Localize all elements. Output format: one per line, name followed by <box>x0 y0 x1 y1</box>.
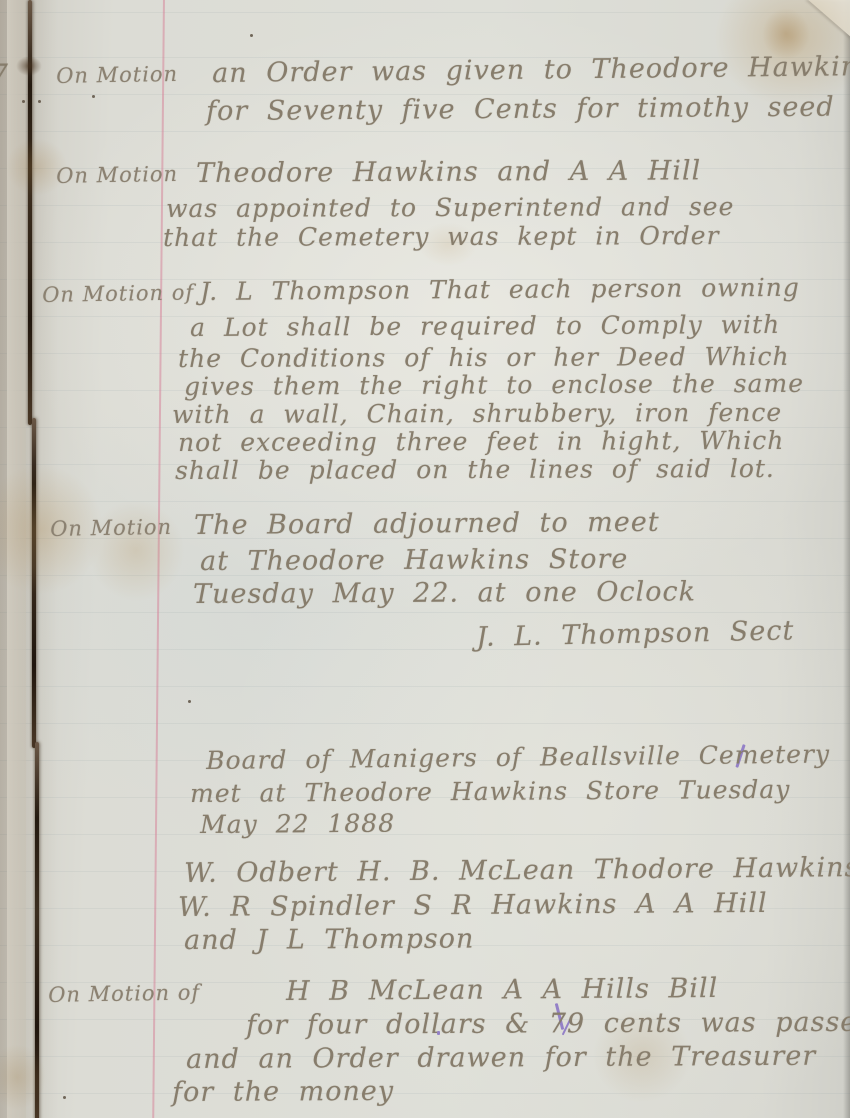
meeting-heading-line: met at Theodore Hawkins Store Tuesday <box>190 775 790 808</box>
handwritten-line: J. L Thompson That each person owning <box>200 273 800 306</box>
handwritten-line: at Theodore Hawkins Store <box>200 544 628 577</box>
handwritten-line: that the Cemetery was kept in Order <box>163 221 720 252</box>
handwritten-line: shall be placed on the lines of said lot… <box>175 454 775 485</box>
handwritten-line: for Seventy five Cents for timothy seed <box>206 92 835 127</box>
handwritten-line: The Board adjourned to meet <box>194 507 660 541</box>
motion-label: On Motion <box>56 162 178 188</box>
ink-speck <box>250 34 253 37</box>
handwritten-line: with a wall, Chain, shrubbery, iron fenc… <box>172 398 782 429</box>
handwritten-line: gives them the right to enclose the same <box>184 369 804 401</box>
ink-speck <box>38 100 41 103</box>
motion-label: On Motion <box>56 62 178 88</box>
binding-smudge <box>16 56 42 76</box>
marginal-cutoff-mark: 7 <box>0 58 9 91</box>
ink-speck <box>22 100 25 103</box>
attendees-line: W. Odbert H. B. McLean Thodore Hawkins <box>184 852 850 889</box>
stain <box>86 498 186 603</box>
handwritten-line: Theodore Hawkins and A A Hill <box>196 155 701 189</box>
meeting-date-line: May 22 1888 <box>200 809 395 839</box>
handwritten-line: an Order was given to Theodore Hawkins <box>212 51 850 89</box>
ink-speck <box>92 95 95 98</box>
page-right-edge <box>843 0 850 1118</box>
motion-label: On Motion of <box>48 980 200 1007</box>
motion-label: On Motion of <box>42 280 194 307</box>
handwritten-line: and an Order drawen for the Treasurer <box>186 1041 816 1075</box>
ink-speck <box>63 1096 66 1099</box>
attendees-line: W. R Spindler S R Hawkins A A Hill <box>178 888 768 923</box>
handwritten-line: was appointed to Superintend and see <box>166 192 734 223</box>
handwritten-line: Tuesday May 22. at one Oclock <box>193 576 696 610</box>
handwritten-line: for the money <box>172 1076 394 1108</box>
ledger-page-scan: 7 On Motion an Order was given to Theodo… <box>0 0 850 1118</box>
handwritten-line: H B McLean A A Hills Bill <box>286 973 718 1007</box>
attendees-line: and J L Thompson <box>184 923 474 956</box>
handwritten-line: not exceeding three feet in hight, Which <box>178 426 784 457</box>
handwritten-line: a Lot shall be required to Comply with <box>190 310 780 342</box>
motion-label: On Motion <box>50 515 172 541</box>
handwritten-line: for four dollars & 79 cents was passed <box>246 1007 850 1041</box>
ink-speck <box>188 700 191 703</box>
